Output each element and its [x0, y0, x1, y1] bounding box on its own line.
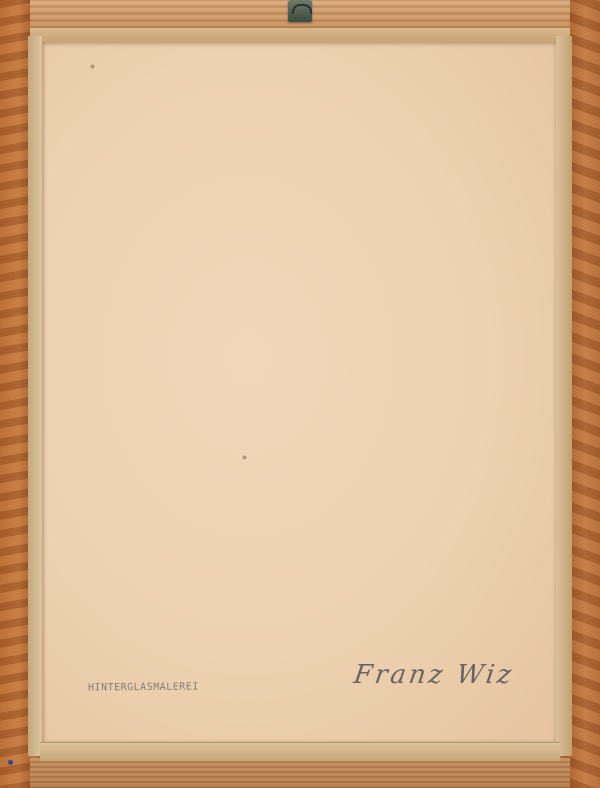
speck-mark [90, 64, 95, 69]
backing-board [42, 42, 556, 742]
hanger-hook-icon [288, 0, 312, 22]
frame-rail-bottom [0, 758, 600, 788]
inner-slat-right [556, 36, 572, 756]
inner-slat-left [28, 36, 42, 756]
picture-frame-back: HINTERGLASMALEREI Franz Wiz [0, 0, 600, 788]
frame-rail-left [0, 0, 30, 788]
pencil-inscription: HINTERGLASMALEREI [88, 682, 199, 694]
inner-slat-top [30, 28, 570, 42]
blue-mark [8, 760, 13, 765]
speck-mark [242, 455, 247, 460]
frame-rail-right [570, 0, 600, 788]
inner-slat-bottom [40, 742, 560, 761]
artist-signature: Franz Wiz [352, 660, 516, 690]
